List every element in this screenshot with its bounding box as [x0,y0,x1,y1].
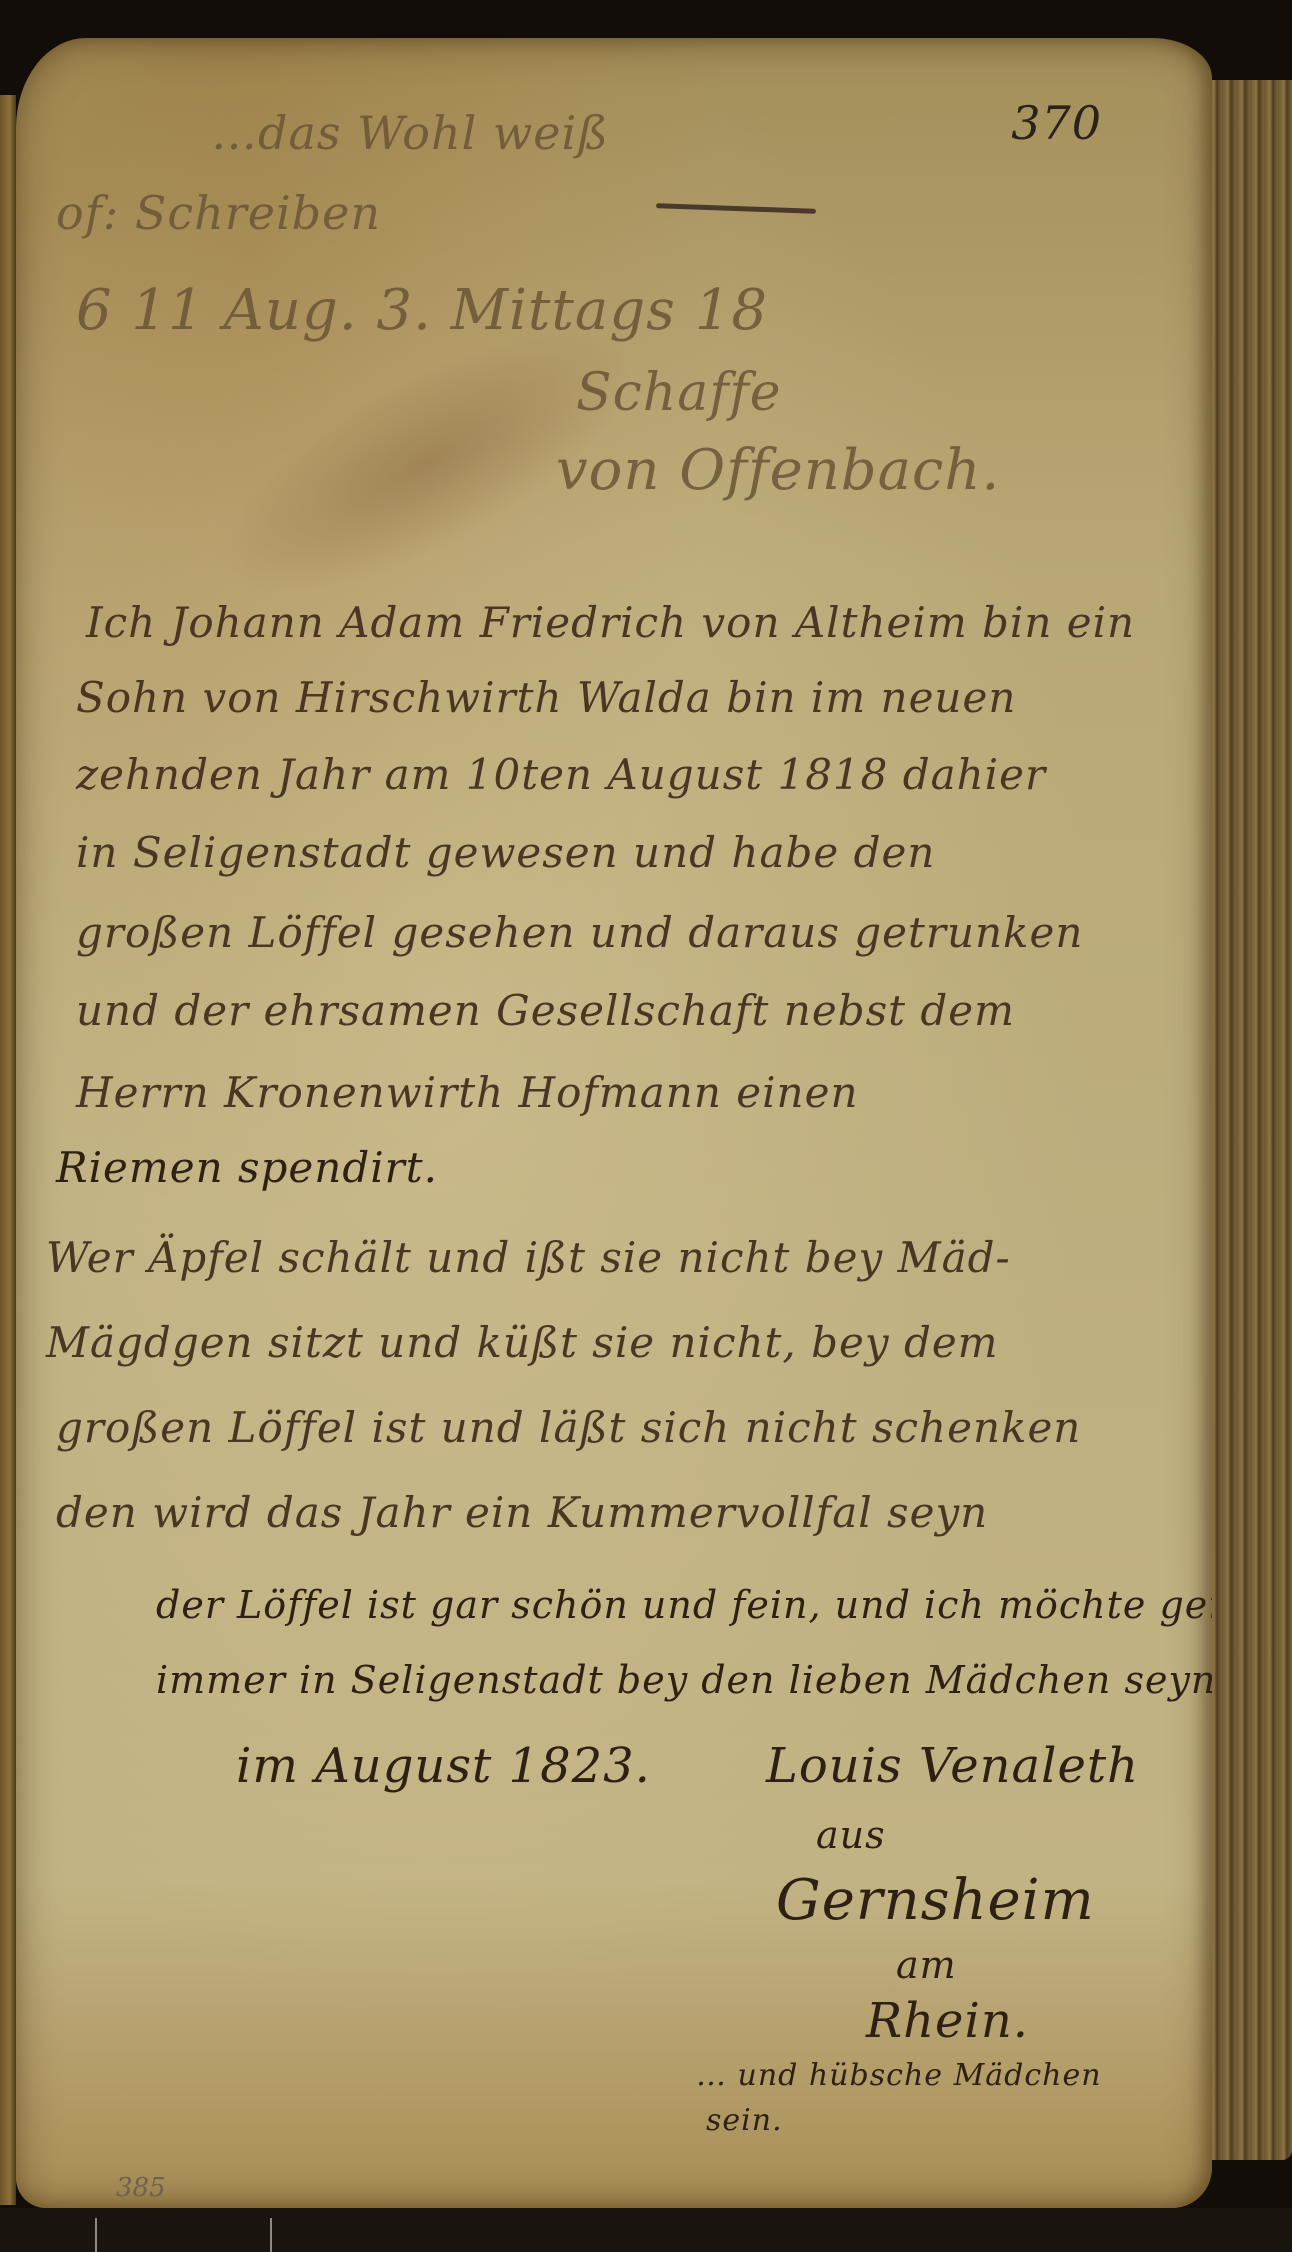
entry-1818-line-7: Herrn Kronenwirth Hofmann einen [76,1068,859,1117]
manuscript-page: 370 …das Wohl weiß of: Schreiben 6 11 Au… [16,38,1212,2208]
verse-line-1: Wer Äpfel schält und ißt sie nicht bey M… [46,1233,1011,1282]
header-line-3: 6 11 Aug. 3. Mittags 18 [76,278,768,343]
verse-line-2: Mägdgen sitzt und küßt sie nicht, bey de… [46,1318,999,1367]
entry-1818-line-8: Riemen spendirt. [56,1143,438,1192]
entry-1818-line-1: Ich Johann Adam Friedrich von Altheim bi… [86,598,1135,647]
postscript-line-1: … und hübsche Mädchen [696,2058,1102,2093]
entry-1818-line-3: zehnden Jahr am 10ten August 1818 dahier [76,750,1046,799]
signature-name: Louis Venaleth [766,1738,1139,1794]
page-number: 370 [1011,96,1102,150]
verse-line-4: den wird das Jahr ein Kummervollfal seyn [56,1488,988,1537]
header-line-5: von Offenbach. [556,438,1000,503]
entry-1823-line-1: der Löffel ist gar schön und fein, und i… [156,1583,1212,1627]
entry-1823-line-2: immer in Seligenstadt bey den lieben Mäd… [156,1658,1212,1702]
left-page-edge [0,95,16,2205]
ruler-tick [270,2218,272,2252]
entry-1818-line-5: großen Löffel gesehen und daraus getrunk… [76,908,1083,957]
signature-place: Gernsheim [776,1868,1095,1933]
postscript-line-2: sein. [706,2103,783,2138]
signature-river: Rhein. [866,1993,1029,2049]
signature-at: am [896,1943,957,1987]
header-flourish [656,203,816,214]
scan-background-strip [0,2208,1292,2252]
entry-1823-date: im August 1823. [236,1738,651,1794]
header-line-1: …das Wohl weiß [211,106,609,160]
entry-1818-line-2: Sohn von Hirschwirth Walda bin im neuen [76,673,1016,722]
verse-line-3: großen Löffel ist und läßt sich nicht sc… [56,1403,1081,1452]
ruler-tick [95,2218,97,2252]
header-line-2: of: Schreiben [56,186,381,240]
header-line-4: Schaffe [576,363,782,423]
entry-1818-line-6: und der ehrsamen Gesellschaft nebst dem [76,986,1015,1035]
pencil-folio-mark: 385 [116,2173,166,2203]
signature-from: aus [816,1813,886,1857]
entry-1818-line-4: in Seligenstadt gewesen und habe den [76,828,935,877]
